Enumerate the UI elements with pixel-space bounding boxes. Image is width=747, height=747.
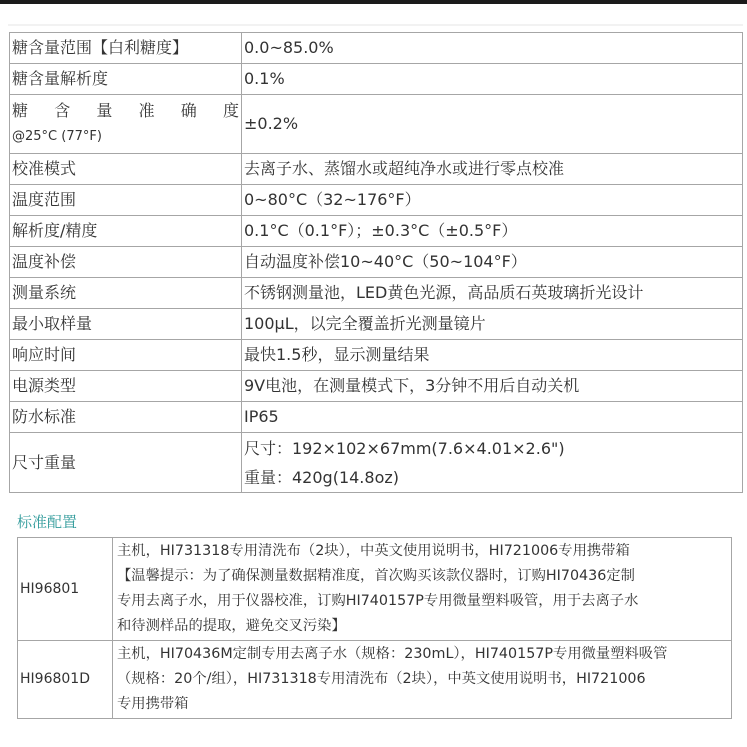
spec-label: 温度范围 — [10, 185, 242, 216]
standard-config-heading: 标准配置 — [17, 511, 77, 532]
label-char: 糖 — [12, 98, 28, 124]
contents-line: 主机，HI70436M定制专用去离子水（规格：230mL），HI740157P专… — [117, 642, 730, 667]
contents-line: 专用携带箱 — [117, 692, 730, 717]
top-dark-bar — [0, 0, 747, 4]
table-row: 防水标准 IP65 — [10, 402, 743, 433]
table-row: 糖含量范围【白利糖度】 0.0~85.0% — [10, 33, 743, 64]
spec-value: 100μL，以完全覆盖折光测量镜片 — [242, 309, 743, 340]
spec-value: IP65 — [242, 402, 743, 433]
table-row: 校准模式 去离子水、蒸馏水或超纯净水或进行零点校准 — [10, 154, 743, 185]
table-row: 尺寸重量 尺寸：192×102×67mm(7.6×4.01×2.6") 重量：4… — [10, 433, 743, 493]
table-row: 电源类型 9V电池，在测量模式下，3分钟不用后自动关机 — [10, 371, 743, 402]
label-char: 度 — [223, 98, 239, 124]
contents-line: （规格：20个/组），HI731318专用清洗布（2块），中英文使用说明书，HI… — [117, 667, 730, 692]
spec-label: 糖 含 量 准 确 度 @25°C (77°F) — [10, 95, 242, 154]
divider-line — [8, 24, 743, 26]
config-table: HI96801 主机，HI731318专用清洗布（2块），中英文使用说明书，HI… — [17, 537, 732, 719]
table-row: 响应时间 最快1.5秒，显示测量结果 — [10, 340, 743, 371]
label-char: 确 — [181, 98, 197, 124]
table-row: HI96801D 主机，HI70436M定制专用去离子水（规格：230mL），H… — [18, 641, 732, 719]
table-row: 糖含量解析度 0.1% — [10, 64, 743, 95]
spec-label: 尺寸重量 — [10, 433, 242, 493]
table-row: 最小取样量 100μL，以完全覆盖折光测量镜片 — [10, 309, 743, 340]
table-row: 解析度/精度 0.1°C（0.1°F）；±0.3°C（±0.5°F） — [10, 216, 743, 247]
dimension-line: 尺寸：192×102×67mm(7.6×4.01×2.6") — [244, 434, 742, 463]
spec-label-spaced: 糖 含 量 准 确 度 — [12, 98, 241, 124]
spec-label: 电源类型 — [10, 371, 242, 402]
spec-value: 尺寸：192×102×67mm(7.6×4.01×2.6") 重量：420g(1… — [242, 433, 743, 493]
spec-label: 温度补偿 — [10, 247, 242, 278]
spec-table: 糖含量范围【白利糖度】 0.0~85.0% 糖含量解析度 0.1% 糖 含 量 … — [9, 32, 743, 493]
spec-label: 糖含量范围【白利糖度】 — [10, 33, 242, 64]
spec-value: ±0.2% — [242, 95, 743, 154]
table-row: HI96801 主机，HI731318专用清洗布（2块），中英文使用说明书，HI… — [18, 538, 732, 641]
spec-label: 响应时间 — [10, 340, 242, 371]
spec-label: 防水标准 — [10, 402, 242, 433]
spec-label-sub: @25°C (77°F) — [12, 124, 241, 150]
spec-label: 解析度/精度 — [10, 216, 242, 247]
spec-label: 最小取样量 — [10, 309, 242, 340]
table-row: 温度范围 0~80°C（32~176°F） — [10, 185, 743, 216]
label-char: 量 — [96, 98, 112, 124]
contents-line: 主机，HI731318专用清洗布（2块），中英文使用说明书，HI721006专用… — [117, 539, 730, 564]
spec-value: 不锈钢测量池，LED黄色光源，高品质石英玻璃折光设计 — [242, 278, 743, 309]
model-cell: HI96801D — [18, 641, 113, 719]
table-row: 温度补偿 自动温度补偿10~40°C（50~104°F） — [10, 247, 743, 278]
label-char: 准 — [139, 98, 155, 124]
spec-value: 0.0~85.0% — [242, 33, 743, 64]
contents-cell: 主机，HI731318专用清洗布（2块），中英文使用说明书，HI721006专用… — [113, 538, 732, 641]
contents-line: 【温馨提示：为了确保测量数据精准度，首次购买该款仪器时，订购HI70436定制 — [117, 564, 730, 589]
table-row: 测量系统 不锈钢测量池，LED黄色光源，高品质石英玻璃折光设计 — [10, 278, 743, 309]
label-char: 含 — [54, 98, 70, 124]
contents-line: 和待测样品的提取，避免交叉污染】 — [117, 614, 730, 639]
weight-line: 重量：420g(14.8oz) — [244, 463, 742, 492]
spec-label: 校准模式 — [10, 154, 242, 185]
spec-value: 9V电池，在测量模式下，3分钟不用后自动关机 — [242, 371, 743, 402]
contents-line: 专用去离子水，用于仪器校准，订购HI740157P专用微量塑料吸管，用于去离子水 — [117, 589, 730, 614]
spec-value: 自动温度补偿10~40°C（50~104°F） — [242, 247, 743, 278]
spec-label: 测量系统 — [10, 278, 242, 309]
spec-value: 去离子水、蒸馏水或超纯净水或进行零点校准 — [242, 154, 743, 185]
contents-cell: 主机，HI70436M定制专用去离子水（规格：230mL），HI740157P专… — [113, 641, 732, 719]
spec-value: 0.1°C（0.1°F）；±0.3°C（±0.5°F） — [242, 216, 743, 247]
spec-value: 最快1.5秒，显示测量结果 — [242, 340, 743, 371]
spec-label: 糖含量解析度 — [10, 64, 242, 95]
table-row: 糖 含 量 准 确 度 @25°C (77°F) ±0.2% — [10, 95, 743, 154]
model-cell: HI96801 — [18, 538, 113, 641]
spec-value: 0.1% — [242, 64, 743, 95]
spec-value: 0~80°C（32~176°F） — [242, 185, 743, 216]
